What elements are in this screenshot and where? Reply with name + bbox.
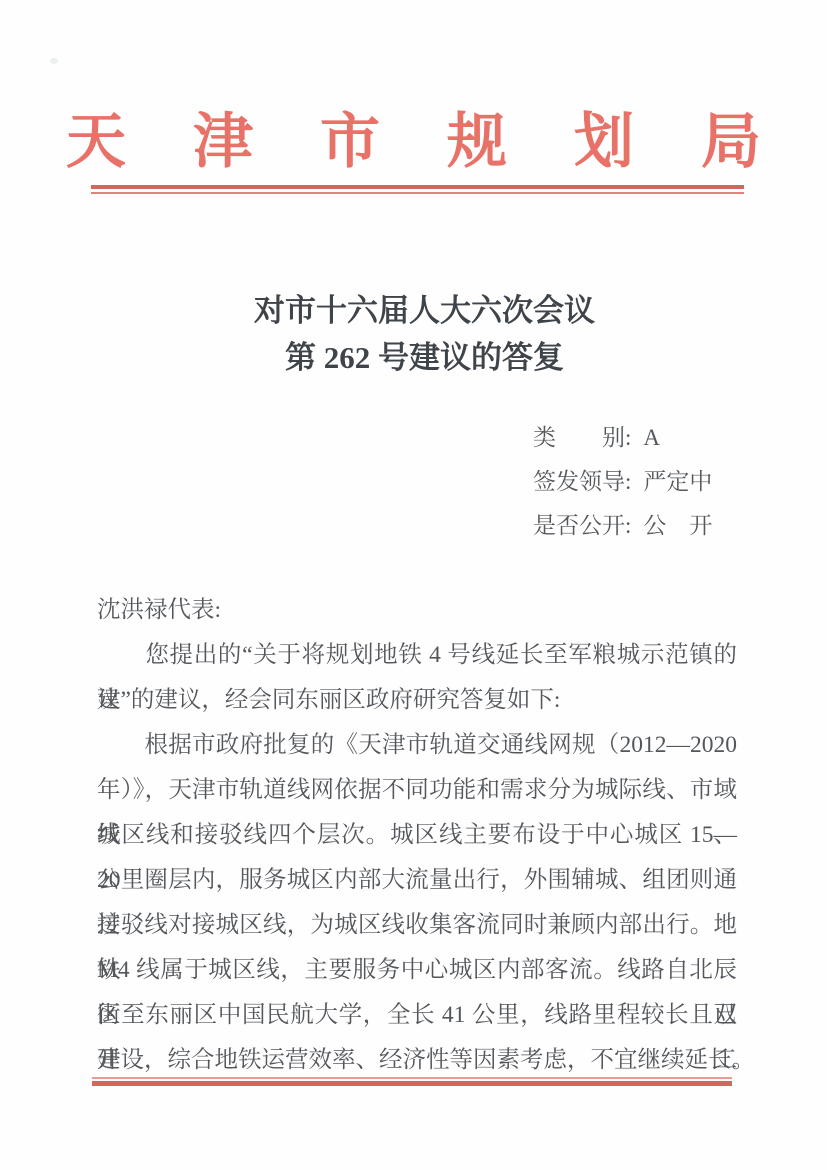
body-line-1: 您提出的“关于将规划地铁 4 号线延长至军粮城示范镇的建 <box>97 633 737 678</box>
document-title-line1: 对市十六届人大六次会议 <box>22 287 827 334</box>
footer-rule <box>92 1077 732 1086</box>
document-title: 对市十六届人大六次会议 第 262 号建议的答复 <box>0 287 827 381</box>
body-line-8: M4 线属于城区线，主要服务中心城区内部客流。线路自北辰区双 <box>97 948 737 993</box>
document-title-line2: 第 262 号建议的答复 <box>22 334 827 381</box>
letter-page: 天 津 市 规 划 局 对市十六届人大六次会议 第 262 号建议的答复 类 别… <box>0 0 827 1170</box>
letterhead-agency-name: 天 津 市 规 划 局 <box>0 94 827 180</box>
meta-row-signer: 签发领导:严定中 <box>533 460 712 504</box>
meta-label-public: 是否公开: <box>533 513 631 538</box>
meta-value-category: A <box>643 425 660 450</box>
letterhead-rule-thin <box>91 192 744 194</box>
body-line-2: 议”的建议，经会同东丽区政府研究答复如下: <box>97 678 737 723</box>
meta-label-category: 类 别: <box>533 425 631 450</box>
meta-label-signer: 签发领导: <box>533 469 631 494</box>
body-line-7: 接驳线对接城区线，为城区线收集客流同时兼顾内部出行。地铁 <box>97 903 737 948</box>
body-line-9: 街至东丽区中国民航大学，全长 41 公里，线路里程较长且已开工 <box>97 993 737 1038</box>
letterhead-rule-thick <box>91 185 744 189</box>
body-line-6: 公里圈层内，服务城区内部大流量出行，外围辅城、组团则通过 <box>97 858 737 903</box>
body-line-5: 城区线和接驳线四个层次。城区线主要布设于中心城区 15—20 <box>97 813 737 858</box>
meta-value-signer: 严定中 <box>643 469 712 494</box>
letter-body: 沈洪禄代表: 您提出的“关于将规划地铁 4 号线延长至军粮城示范镇的建 议”的建… <box>97 588 737 1083</box>
meta-row-category: 类 别:A <box>533 416 712 460</box>
footer-rule-thin <box>92 1077 732 1079</box>
meta-row-public: 是否公开:公 开 <box>533 504 712 548</box>
body-line-4: 年）》，天津市轨道线网依据不同功能和需求分为城际线、市域线、 <box>97 768 737 813</box>
footer-rule-thick <box>92 1081 732 1086</box>
meta-block: 类 别:A 签发领导:严定中 是否公开:公 开 <box>533 416 712 548</box>
letterhead-rule <box>91 185 744 194</box>
meta-value-public: 公 开 <box>643 513 712 538</box>
scan-speckle <box>50 58 58 64</box>
body-line-3: 根据市政府批复的《天津市轨道交通线网规（2012—2020 <box>97 723 737 768</box>
salutation-line: 沈洪禄代表: <box>97 588 737 633</box>
